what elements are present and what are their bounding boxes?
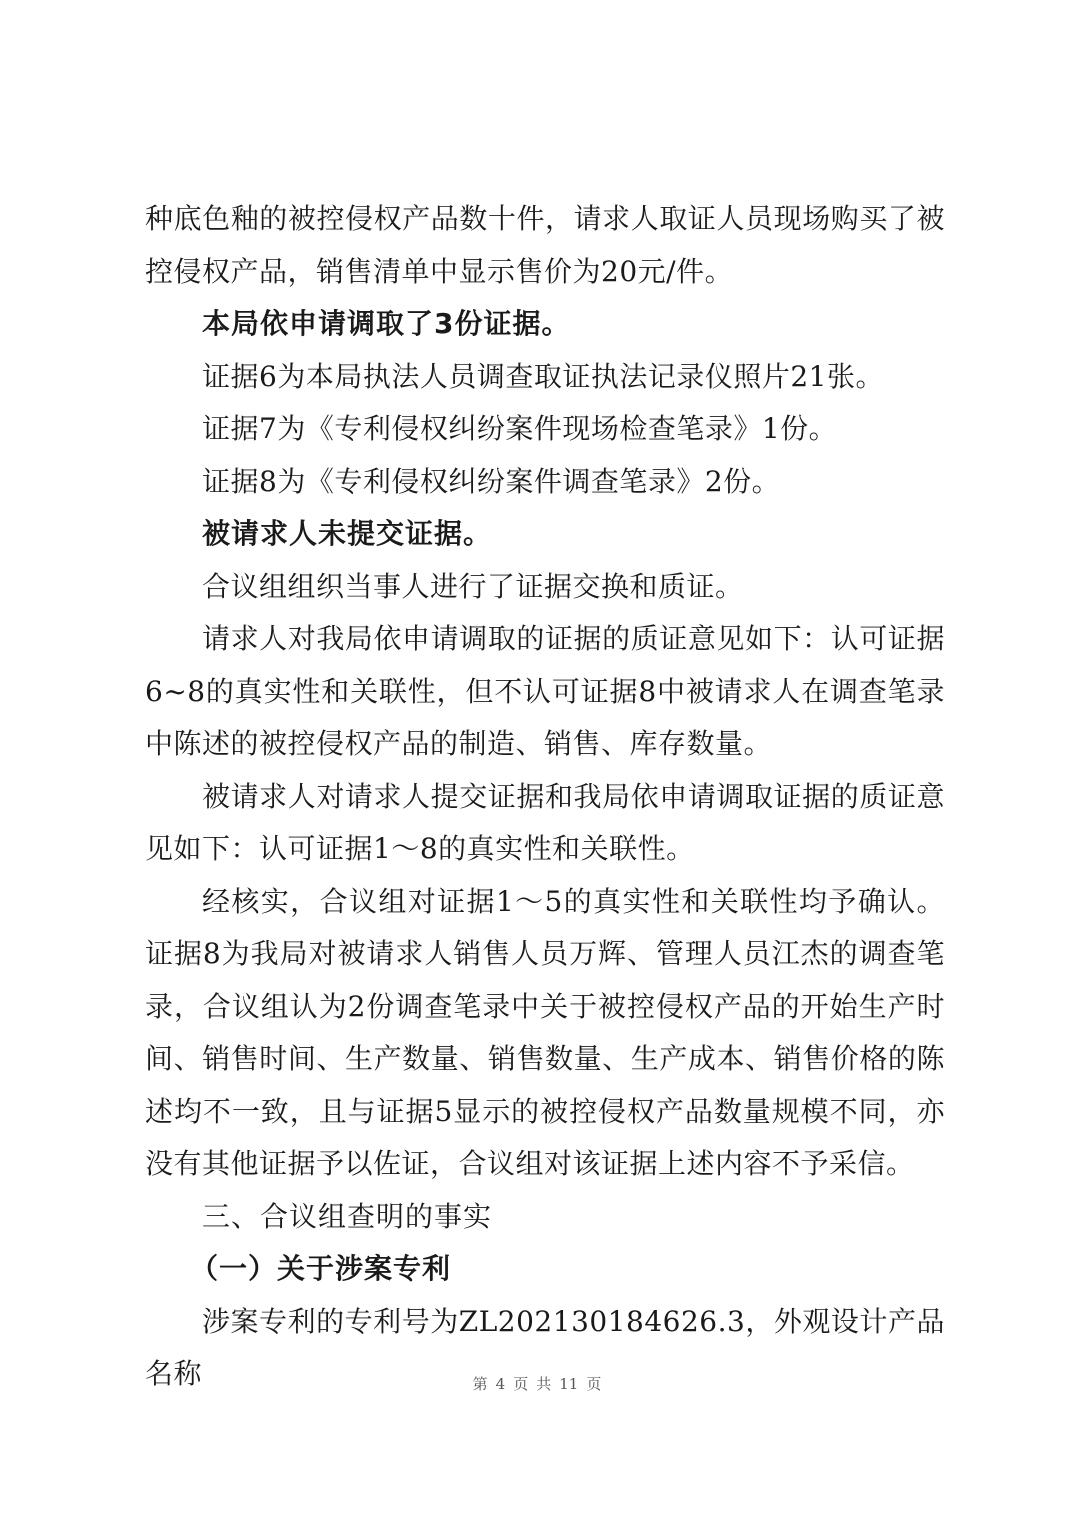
- paragraph-evidence-collected-heading: 本局依申请调取了3份证据。: [145, 298, 945, 351]
- paragraph-continuation: 种底色釉的被控侵权产品数十件，请求人取证人员现场购买了被控侵权产品，销售清单中显…: [145, 193, 945, 298]
- footer-total-pages: 11: [559, 1375, 578, 1393]
- page-footer: 第4页共11页: [0, 1373, 1074, 1394]
- footer-suffix: 页: [586, 1375, 601, 1393]
- paragraph-respondent-no-evidence: 被请求人未提交证据。: [145, 508, 945, 561]
- paragraph-respondent-opinion: 被请求人对请求人提交证据和我局依申请调取证据的质证意见如下：认可证据1～8的真实…: [145, 771, 945, 876]
- footer-total-word: 共: [536, 1375, 551, 1393]
- paragraph-evidence-exchange: 合议组组织当事人进行了证据交换和质证。: [145, 561, 945, 614]
- paragraph-panel-verification: 经核实，合议组对证据1～5的真实性和关联性均予确认。证据8为我局对被请求人销售人…: [145, 876, 945, 1191]
- section-heading-facts: 三、合议组查明的事实: [145, 1191, 945, 1244]
- paragraph-requester-opinion: 请求人对我局依申请调取的证据的质证意见如下：认可证据6~8的真实性和关联性，但不…: [145, 613, 945, 771]
- footer-prefix: 第: [473, 1375, 488, 1393]
- footer-current-page: 4: [496, 1375, 506, 1393]
- footer-page-word: 页: [513, 1375, 528, 1393]
- paragraph-evidence-8: 证据8为《专利侵权纠纷案件调查笔录》2份。: [145, 456, 945, 509]
- document-body: 种底色釉的被控侵权产品数十件，请求人取证人员现场购买了被控侵权产品，销售清单中显…: [145, 193, 945, 1401]
- subsection-heading-patent: （一）关于涉案专利: [145, 1243, 945, 1296]
- paragraph-evidence-6: 证据6为本局执法人员调查取证执法记录仪照片21张。: [145, 351, 945, 404]
- paragraph-evidence-7: 证据7为《专利侵权纠纷案件现场检查笔录》1份。: [145, 403, 945, 456]
